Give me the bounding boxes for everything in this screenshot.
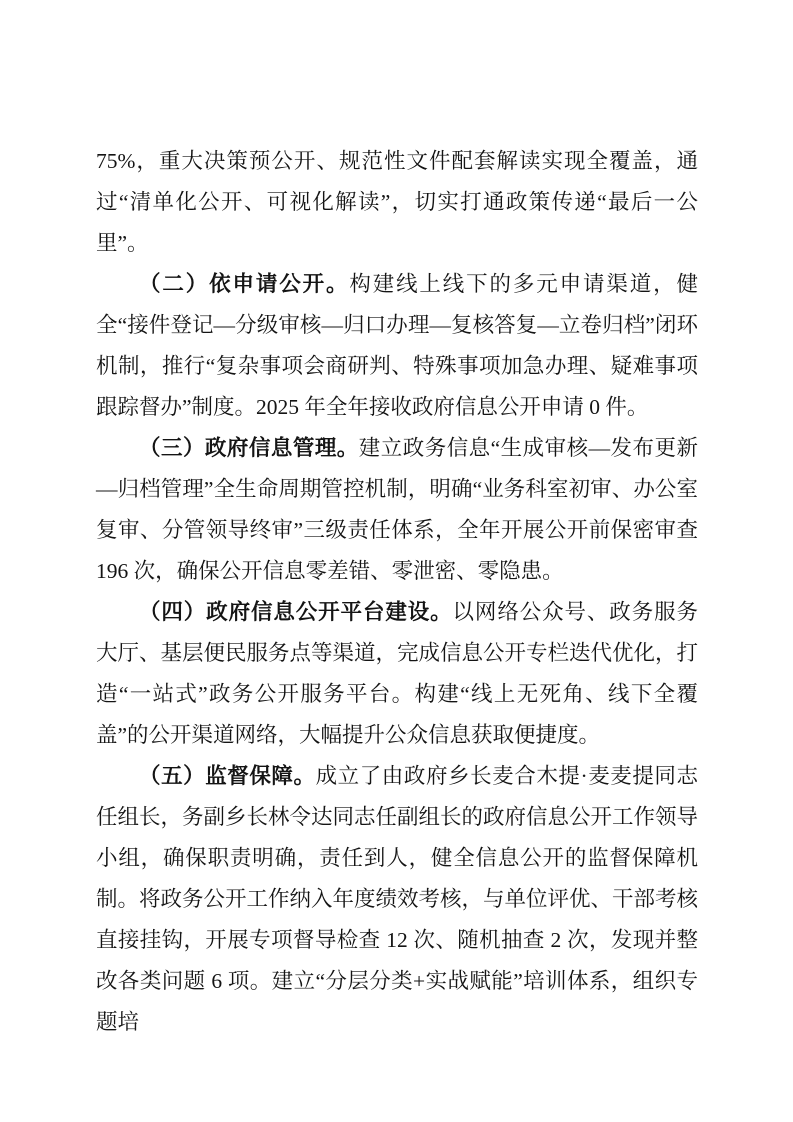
paragraph-section-5: （五）监督保障。成立了由政府乡长麦合木提·麦麦提同志任组长，务副乡长林令达同志任… [96,756,698,1043]
document-page: 75%，重大决策预公开、规范性文件配套解读实现全覆盖，通过“清单化公开、可视化解… [0,0,793,1122]
paragraph-section-2: （二）依申请公开。构建线上线下的多元申请渠道，健全“接件登记—分级审核—归口办理… [96,264,698,428]
paragraph-continuation: 75%，重大决策预公开、规范性文件配套解读实现全覆盖，通过“清单化公开、可视化解… [96,141,698,264]
paragraph-heading: （三）政府信息管理。 [139,436,359,460]
document-content: 75%，重大决策预公开、规范性文件配套解读实现全覆盖，通过“清单化公开、可视化解… [96,141,698,1043]
paragraph-section-4: （四）政府信息公开平台建设。以网络公众号、政务服务大厅、基层便民服务点等渠道，完… [96,592,698,756]
paragraph-heading: （五）监督保障。 [139,764,316,788]
paragraph-heading: （四）政府信息公开平台建设。 [139,600,453,624]
paragraph-section-3: （三）政府信息管理。建立政务信息“生成审核—发布更新—归档管理”全生命周期管控机… [96,428,698,592]
paragraph-body: 成立了由政府乡长麦合木提·麦麦提同志任组长，务副乡长林令达同志任副组长的政府信息… [96,764,698,1034]
paragraph-body: 75%，重大决策预公开、规范性文件配套解读实现全覆盖，通过“清单化公开、可视化解… [96,149,698,255]
paragraph-heading: （二）依申请公开。 [139,272,349,296]
